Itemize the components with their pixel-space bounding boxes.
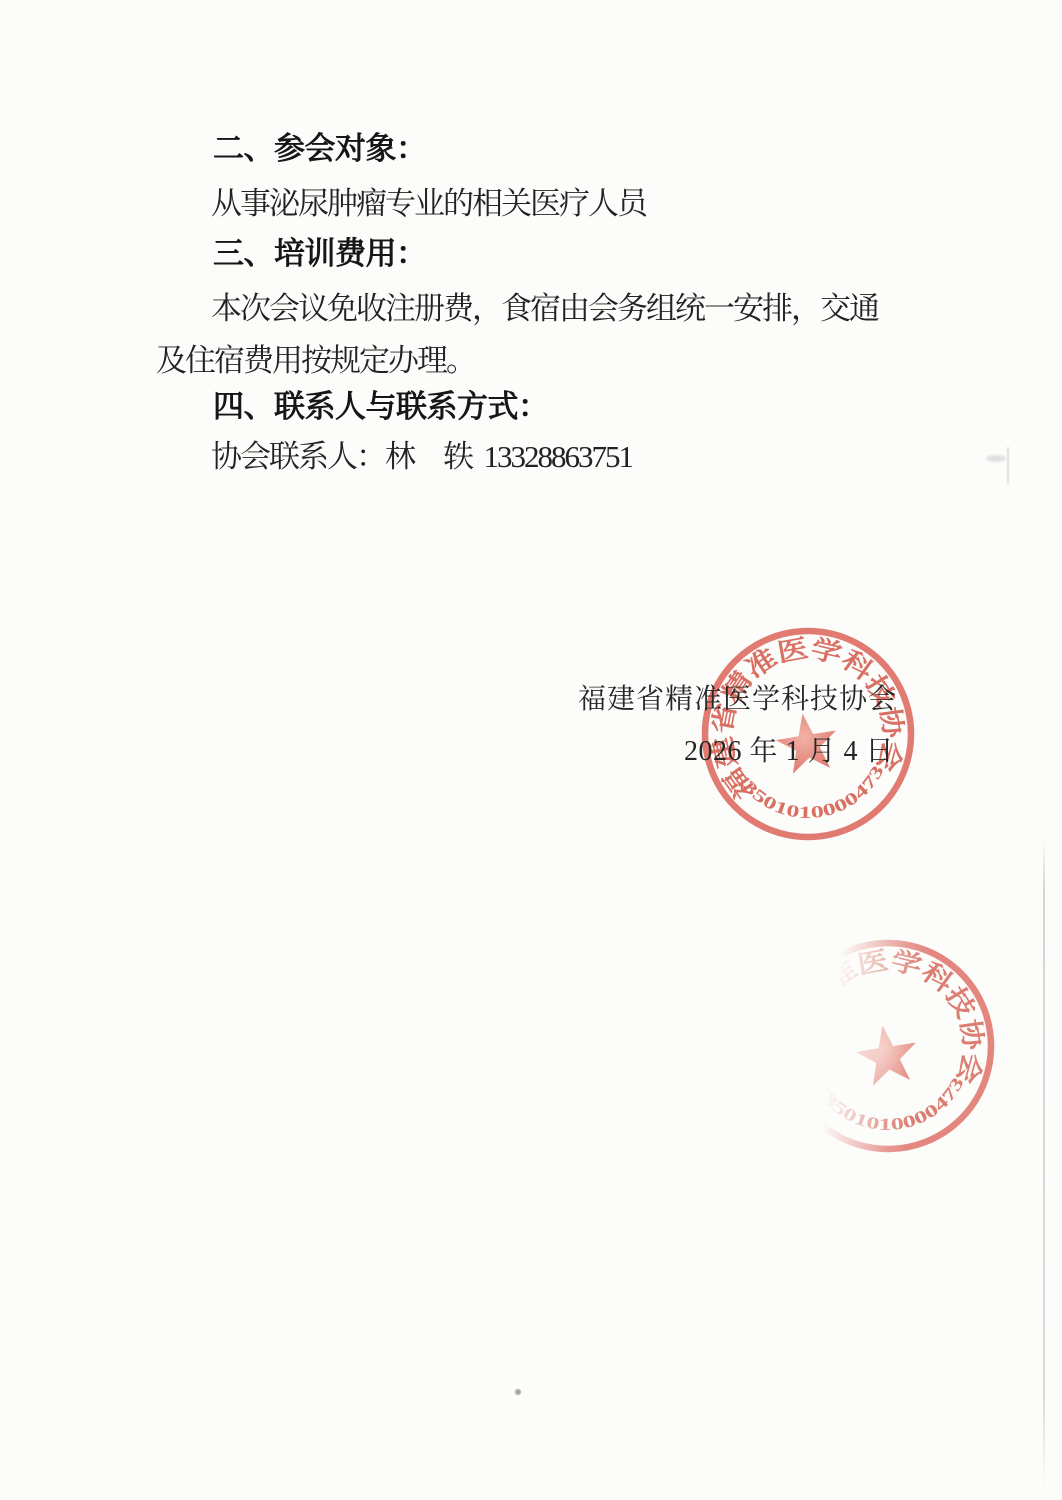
heading-participants: 二、参会对象： [213,131,427,167]
seal-star-icon [852,1021,921,1088]
signature-org: 福建省精准医学科技协会 [578,684,897,716]
body-line-participants: 从事泌尿肿瘤专业的相关医疗人员 [211,186,646,222]
official-seal-graphic: 福建省精准医学科技协会 3501010000473 [698,624,918,844]
body-line-fee-2: 及住宿费用按规定办理。 [156,343,475,379]
partial-seal-graphic: 福建省精准医学科技协会 3501010000473 [778,936,998,1156]
scan-dot [515,1389,521,1395]
scan-smudge [986,455,1006,462]
heading-contact: 四、联系人与联系方式： [213,389,549,425]
signature-date: 2026 年 1 月 4 日 [684,736,894,768]
partial-official-seal: 福建省精准医学科技协会 3501010000473 [778,936,998,1161]
heading-training-fee: 三、培训费用： [213,236,427,272]
scan-edge-line [1043,838,1045,1490]
body-line-fee-1: 本次会议免收注册费，食宿由会务组统一安排，交通 [211,291,878,327]
scanned-document-page: 二、参会对象： 从事泌尿肿瘤专业的相关医疗人员 三、培训费用： 本次会议免收注册… [0,0,1062,1500]
scan-smudge [1007,447,1009,485]
seal-number-arc-text: 3501010000473 [818,1068,974,1145]
body-line-contact: 协会联系人：林 轶 13328863751 [211,439,632,475]
